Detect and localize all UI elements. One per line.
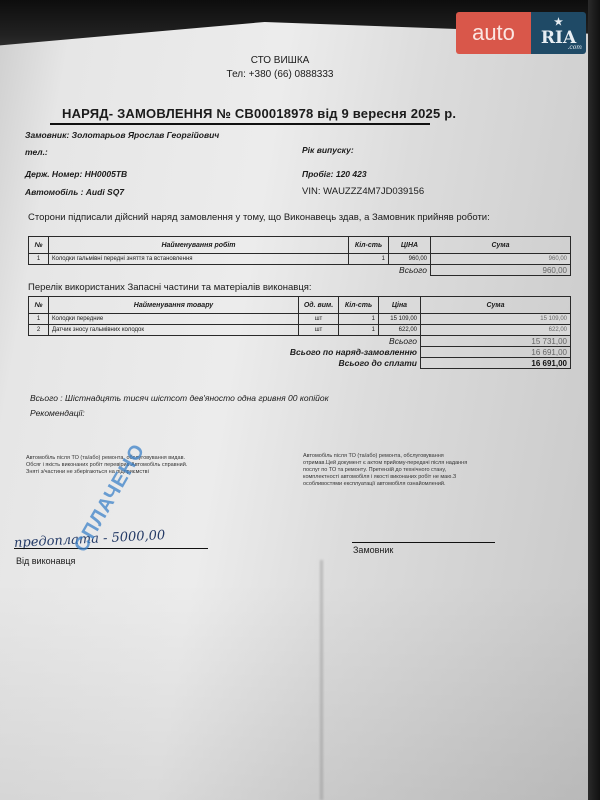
to-pay-label: Всього до сплати: [29, 358, 421, 369]
works-total-value: 960,00: [431, 265, 571, 276]
cell-unit: шт: [299, 314, 339, 325]
cell-no: 2: [29, 325, 49, 336]
customer-signature-label: Замовник: [353, 545, 393, 555]
col-price: ЦІНА: [389, 237, 431, 254]
col-no: №: [29, 237, 49, 254]
cell-sum: 15 109,00: [421, 314, 571, 325]
cell-no: 1: [29, 314, 49, 325]
to-pay-row: Всього до сплати 16 691,00: [29, 358, 571, 369]
order-total-row: Всього по наряд-замовленню 16 691,00: [29, 347, 571, 358]
col-qty: Кіл-сть: [349, 237, 389, 254]
cell-no: 1: [29, 254, 49, 265]
amount-in-words: Всього : Шістнадцять тисяч шістсот дев'я…: [30, 393, 329, 403]
table-row: 1 Колодки передние шт 1 15 109,00 15 109…: [29, 314, 571, 325]
vin-field: VIN: WAUZZZ4M7JD039156: [302, 186, 424, 197]
order-total-label: Всього по наряд-замовленню: [29, 347, 421, 358]
customer-field: Замовник: Золотарьов Ярослав Георгійович: [25, 130, 219, 140]
cell-name: Колодки гальмівні передні зняття та вста…: [49, 254, 349, 265]
cell-qty: 1: [339, 325, 379, 336]
works-table: № Найменування робіт Кіл-сть ЦІНА Сума 1…: [28, 236, 571, 276]
col-item-name: Найменування товару: [49, 297, 299, 314]
col-qty: Кіл-сть: [339, 297, 379, 314]
works-total-label: Всього: [29, 265, 431, 276]
works-total-row: Всього 960,00: [29, 265, 571, 276]
title-underline: [50, 123, 430, 125]
cell-name: Колодки передние: [49, 314, 299, 325]
works-table-header: № Найменування робіт Кіл-сть ЦІНА Сума: [29, 237, 571, 254]
table-row: 1 Колодки гальмівні передні зняття та вс…: [29, 254, 571, 265]
parts-total-value: 15 731,00: [421, 336, 571, 347]
cell-sum: 960,00: [431, 254, 571, 265]
col-work-name: Найменування робіт: [49, 237, 349, 254]
parts-table: № Найменування товару Од. вим. Кіл-сть Ц…: [28, 296, 571, 369]
col-sum: Сума: [421, 297, 571, 314]
work-order-document: СТО ВИШКА Тел: +380 (66) 0888333 НАРЯД- …: [0, 0, 600, 800]
year-field: Рік випуску:: [302, 145, 354, 155]
company-phone: Тел: +380 (66) 0888333: [0, 69, 560, 80]
customer-signature-line: [352, 542, 495, 543]
cell-unit: шт: [299, 325, 339, 336]
col-unit: Од. вим.: [299, 297, 339, 314]
col-price: Ціна: [379, 297, 421, 314]
table-row: 2 Датчик зносу гальмівних колодок шт 1 6…: [29, 325, 571, 336]
cell-qty: 1: [349, 254, 389, 265]
mileage-field: Пробіг: 120 423: [302, 169, 367, 179]
cell-price: 622,00: [379, 325, 421, 336]
cell-price: 960,00: [389, 254, 431, 265]
parts-caption: Перелік використаних Запасні частини та …: [28, 282, 312, 293]
statement-text: Сторони підписали дійсний наряд замовлен…: [28, 211, 548, 225]
cell-price: 15 109,00: [379, 314, 421, 325]
recommendations: Рекомендації:: [30, 408, 85, 418]
tel-field: тел.:: [25, 147, 48, 157]
col-no: №: [29, 297, 49, 314]
cell-name: Датчик зносу гальмівних колодок: [49, 325, 299, 336]
parts-total-row: Всього 15 731,00: [29, 336, 571, 347]
cell-qty: 1: [339, 314, 379, 325]
executor-signature-label: Від виконавця: [16, 556, 75, 566]
to-pay-value: 16 691,00: [421, 358, 571, 369]
plate-field: Держ. Номер: НН0005ТВ: [25, 169, 127, 179]
cell-sum: 622,00: [421, 325, 571, 336]
parts-table-header: № Найменування товару Од. вим. Кіл-сть Ц…: [29, 297, 571, 314]
customer-note: Автомобіль після ТО (та/або) ремонта, об…: [303, 453, 478, 488]
company-name: СТО ВИШКА: [0, 55, 560, 66]
parts-total-label: Всього: [29, 336, 421, 347]
document-title: НАРЯД- ЗАМОВЛЕННЯ № СВ00018978 від 9 вер…: [62, 106, 456, 121]
order-total-value: 16 691,00: [421, 347, 571, 358]
col-sum: Сума: [431, 237, 571, 254]
executor-signature-line: [14, 548, 208, 549]
car-field: Автомобіль : Audi SQ7: [25, 187, 124, 197]
